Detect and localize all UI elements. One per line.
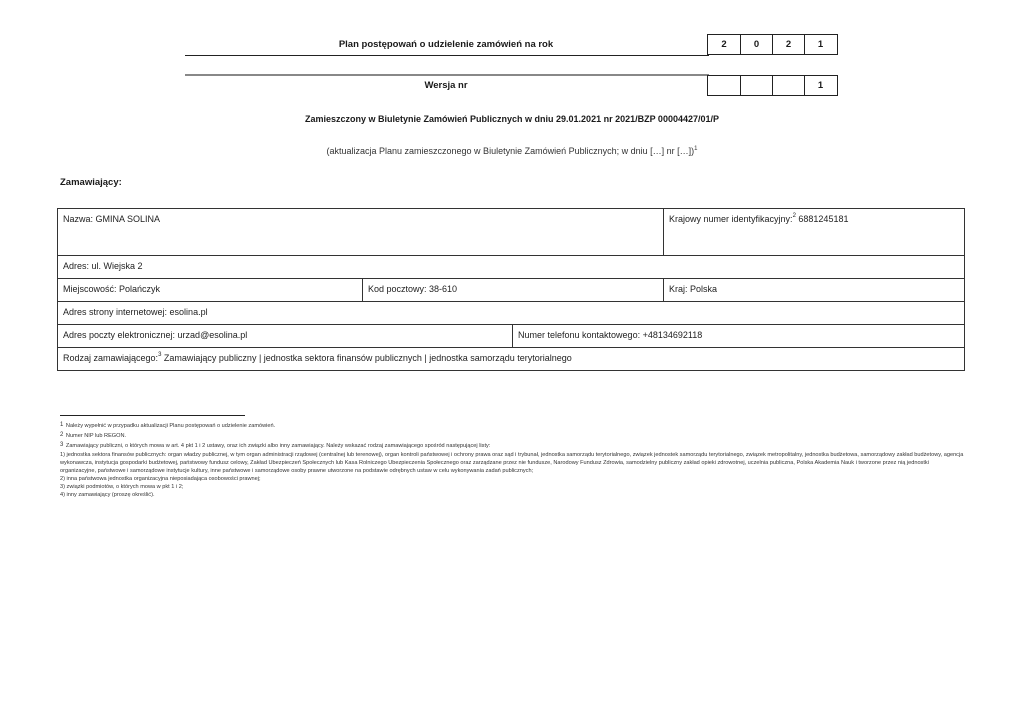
entity-type-value: Zamawiający publiczny | jednostka sektor… (161, 353, 571, 363)
publication-line: Zamieszczony w Biuletynie Zamówień Publi… (0, 114, 1024, 124)
version-boxes: 1 (707, 75, 838, 96)
footnotes: 1 Należy wypełnić w przypadku aktualizac… (60, 421, 965, 499)
section-label: Zamawiający: (60, 177, 122, 188)
table-row: Adres poczty elektronicznej: urzad@esoli… (58, 324, 964, 347)
footnote-number: 1 (60, 422, 63, 428)
year-boxes: 2 0 2 1 (707, 34, 838, 55)
footnote-list-item: 2) inna państwowa jednostka organizacyjn… (60, 475, 965, 483)
version-digit (740, 76, 772, 95)
national-id-label: Krajowy numer identyfikacyjny: (669, 214, 793, 224)
version-digit (772, 76, 804, 95)
table-row: Adres: ul. Wiejska 2 (58, 255, 964, 278)
footnote-text: Należy wypełnić w przypadku aktualizacji… (66, 423, 275, 429)
entity-city: Miejscowość: Polańczyk (58, 279, 362, 301)
update-note-text: (aktualizacja Planu zamieszczonego w Biu… (326, 146, 694, 156)
entity-type: Rodzaj zamawiającego:3 Zamawiający publi… (58, 348, 964, 370)
year-digit: 1 (804, 35, 836, 54)
footnote-ref: 2 (793, 213, 796, 219)
year-digit: 2 (708, 35, 740, 54)
footnote: 2 Numer NIP lub REGON. (60, 431, 965, 441)
entity-phone: Numer telefonu kontaktowego: +4813469211… (512, 325, 964, 347)
plan-title: Plan postępowań o udzielenie zamówień na… (185, 35, 707, 55)
footnote-list-item: 3) związki podmiotów, o których mowa w p… (60, 483, 965, 491)
version-digit: 1 (804, 76, 836, 95)
header-divider (185, 55, 709, 56)
year-digit: 0 (740, 35, 772, 54)
footnote-text: Numer NIP lub REGON. (66, 433, 126, 439)
contracting-authority-table: Nazwa: GMINA SOLINA Krajowy numer identy… (57, 208, 965, 371)
national-id: Krajowy numer identyfikacyjny:2 68812451… (663, 209, 964, 255)
entity-name: Nazwa: GMINA SOLINA (58, 209, 663, 255)
entity-country: Kraj: Polska (663, 279, 964, 301)
table-row: Adres strony internetowej: esolina.pl (58, 301, 964, 324)
footnote-list-item: 1) jednostka sektora finansów publicznyc… (60, 451, 965, 475)
entity-address: Adres: ul. Wiejska 2 (58, 256, 964, 278)
entity-email: Adres poczty elektronicznej: urzad@esoli… (58, 325, 512, 347)
footnote-text: Zamawiający publiczni, o których mowa w … (66, 443, 490, 449)
footnote-number: 2 (60, 432, 63, 438)
entity-postal-code: Kod pocztowy: 38-610 (362, 279, 663, 301)
national-id-value: 6881245181 (796, 214, 849, 224)
version-digit (708, 76, 740, 95)
footnote: 3 Zamawiający publiczni, o których mowa … (60, 441, 965, 451)
entity-type-label: Rodzaj zamawiającego: (63, 353, 158, 363)
version-label: Wersja nr (185, 76, 707, 96)
footnote-list-item: 4) inny zamawiający (proszę określić). (60, 491, 965, 499)
table-row: Miejscowość: Polańczyk Kod pocztowy: 38-… (58, 278, 964, 301)
footnote-separator (60, 415, 245, 416)
year-digit: 2 (772, 35, 804, 54)
footnote: 1 Należy wypełnić w przypadku aktualizac… (60, 421, 965, 431)
table-row: Rodzaj zamawiającego:3 Zamawiający publi… (58, 347, 964, 370)
footnote-ref: 1 (694, 146, 697, 152)
footnote-ref: 3 (158, 352, 161, 358)
entity-website: Adres strony internetowej: esolina.pl (58, 302, 964, 324)
footnote-number: 3 (60, 442, 63, 448)
update-note: (aktualizacja Planu zamieszczonego w Biu… (0, 146, 1024, 156)
table-row: Nazwa: GMINA SOLINA Krajowy numer identy… (58, 209, 964, 255)
